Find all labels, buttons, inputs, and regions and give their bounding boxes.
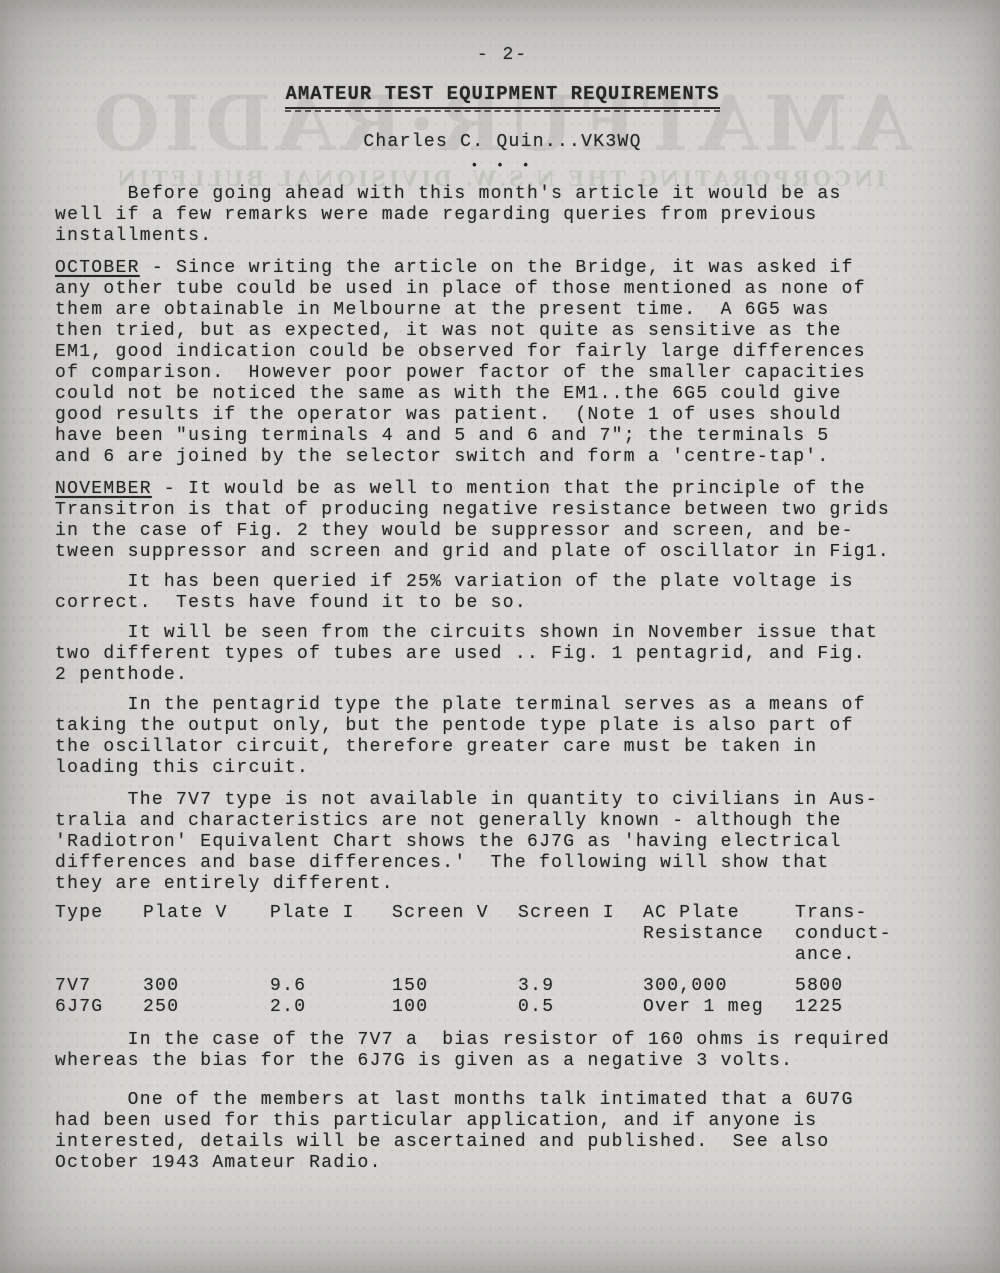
separator-dots: • • • bbox=[55, 158, 950, 173]
table-cell: 9.6 bbox=[270, 976, 392, 997]
paragraph-november: NOVEMBER - It would be as well to mentio… bbox=[55, 479, 950, 563]
paragraph-intro: Before going ahead with this month's art… bbox=[55, 184, 950, 247]
table-header-row: Type Plate V Plate I Screen V Screen I A… bbox=[55, 903, 950, 966]
author-byline: Charles C. Quin...VK3WQ bbox=[55, 132, 950, 152]
table-cell: 150 bbox=[392, 976, 518, 997]
paragraph-pentagrid: In the pentagrid type the plate terminal… bbox=[55, 695, 950, 779]
paragraph-members-talk: One of the members at last months talk i… bbox=[55, 1090, 950, 1174]
table-cell: 7V7 bbox=[55, 976, 143, 997]
paragraph-text: The 7V7 type is not available in quantit… bbox=[55, 790, 878, 894]
paragraph-circuit-types: It will be seen from the circuits shown … bbox=[55, 623, 950, 686]
table-header-type: Type bbox=[55, 903, 143, 966]
document-page: AMATEUR·RADIO INCORPORATING THE N.S.W. D… bbox=[0, 0, 1000, 1273]
article-title-row: AMATEUR TEST EQUIPMENT REQUIREMENTS bbox=[55, 83, 950, 112]
table-cell: Over 1 meg bbox=[643, 997, 795, 1018]
paragraph-text: - It would be as well to mention that th… bbox=[55, 479, 890, 562]
paragraph-lead: OCTOBER bbox=[55, 258, 140, 278]
table-cell: 300 bbox=[143, 976, 270, 997]
page-title: AMATEUR TEST EQUIPMENT REQUIREMENTS bbox=[285, 83, 719, 109]
table-header-plate-i: Plate I bbox=[270, 903, 392, 966]
page-number: - 2- bbox=[55, 45, 950, 65]
tube-comparison-table: Type Plate V Plate I Screen V Screen I A… bbox=[55, 903, 950, 1018]
paragraph-october: OCTOBER - Since writing the article on t… bbox=[55, 258, 950, 468]
title-underline-outer: AMATEUR TEST EQUIPMENT REQUIREMENTS bbox=[285, 83, 719, 112]
paragraph-text: - Since writing the article on the Bridg… bbox=[55, 258, 866, 467]
table-cell: 2.0 bbox=[270, 997, 392, 1018]
table-header-plate-v: Plate V bbox=[143, 903, 270, 966]
paragraph-lead: NOVEMBER bbox=[55, 479, 152, 499]
table-header-ac-plate-resistance: AC Plate Resistance bbox=[643, 903, 795, 966]
paragraph-text: It will be seen from the circuits shown … bbox=[55, 623, 878, 685]
table-cell: 100 bbox=[392, 997, 518, 1018]
table-cell: 5800 bbox=[795, 976, 950, 997]
table-header-transconductance: Trans- conduct- ance. bbox=[795, 903, 950, 966]
table-cell: 1225 bbox=[795, 997, 950, 1018]
table-row-7v7: 7V7 300 9.6 150 3.9 300,000 5800 bbox=[55, 976, 950, 997]
table-cell: 6J7G bbox=[55, 997, 143, 1018]
table-cell: 300,000 bbox=[643, 976, 795, 997]
page-content: - 2- AMATEUR TEST EQUIPMENT REQUIREMENTS… bbox=[0, 0, 1000, 1174]
paragraph-7v7-availability: The 7V7 type is not available in quantit… bbox=[55, 790, 950, 895]
paragraph-plate-voltage-query: It has been queried if 25% variation of … bbox=[55, 572, 950, 614]
table-cell: 3.9 bbox=[518, 976, 643, 997]
table-header-screen-v: Screen V bbox=[392, 903, 518, 966]
paragraph-text: In the case of the 7V7 a bias resistor o… bbox=[55, 1030, 890, 1071]
table-header-screen-i: Screen I bbox=[518, 903, 643, 966]
paragraph-text: In the pentagrid type the plate terminal… bbox=[55, 695, 866, 778]
paragraph-text: Before going ahead with this month's art… bbox=[55, 184, 842, 246]
table-cell: 0.5 bbox=[518, 997, 643, 1018]
paragraph-bias-resistor: In the case of the 7V7 a bias resistor o… bbox=[55, 1030, 950, 1072]
paragraph-text: It has been queried if 25% variation of … bbox=[55, 572, 854, 613]
table-row-6j7g: 6J7G 250 2.0 100 0.5 Over 1 meg 1225 bbox=[55, 997, 950, 1018]
paragraph-text: One of the members at last months talk i… bbox=[55, 1090, 854, 1173]
table-cell: 250 bbox=[143, 997, 270, 1018]
